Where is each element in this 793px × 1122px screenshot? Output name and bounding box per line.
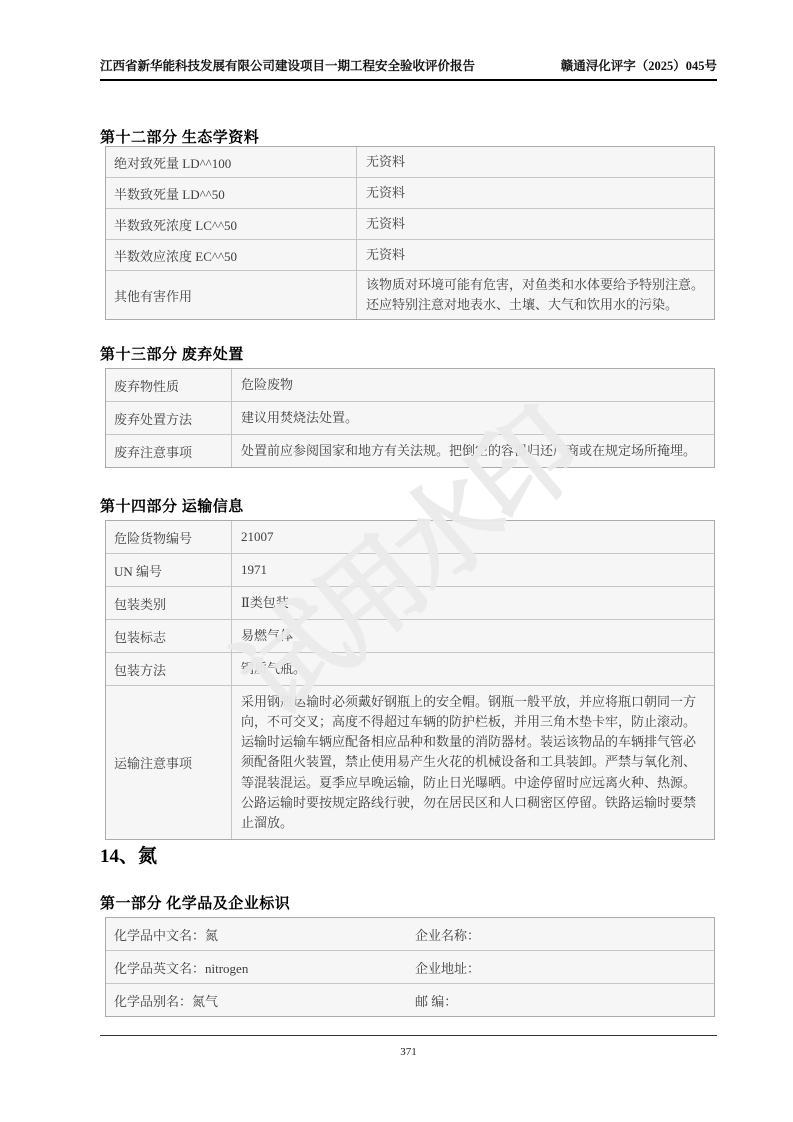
header-rule (100, 79, 717, 81)
enterprise-address-cell: 企业地址： (411, 951, 714, 983)
identification-table: 化学品中文名：氮 企业名称： 化学品英文名：nitrogen 企业地址： 化学品… (105, 917, 715, 1017)
row-value: 易燃气体 (231, 620, 714, 652)
table-row: 半数致死浓度 LC^^50 无资料 (106, 208, 714, 239)
row-label: UN 编号 (106, 554, 231, 586)
table-row: 包装方法 钢质气瓶。 (106, 652, 714, 685)
section-title-part1: 第一部分 化学品及企业标识 (100, 892, 290, 913)
table-row: 废弃处置方法 建议用焚烧法处置。 (106, 401, 714, 434)
section-title-part12: 第十二部分 生态学资料 (100, 126, 259, 147)
row-value: 钢质气瓶。 (231, 653, 714, 685)
row-label: 废弃注意事项 (106, 435, 231, 467)
section-title-part14: 第十四部分 运输信息 (100, 495, 244, 516)
row-value: 该物质对环境可能有危害，对鱼类和水体要给予特别注意。还应特别注意对地表水、土壤、… (356, 271, 714, 319)
table-row: UN 编号 1971 (106, 553, 714, 586)
disposal-table: 废弃物性质 危险废物 废弃处置方法 建议用焚烧法处置。 废弃注意事项 处置前应参… (105, 368, 715, 468)
row-label: 包装标志 (106, 620, 231, 652)
row-label: 废弃物性质 (106, 369, 231, 401)
row-label: 半数效应浓度 EC^^50 (106, 240, 356, 270)
row-value: 无资料 (356, 147, 714, 177)
table-row: 半数致死量 LD^^50 无资料 (106, 177, 714, 208)
row-value: 21007 (231, 521, 714, 553)
table-row: 废弃物性质 危险废物 (106, 369, 714, 401)
page-number: 371 (100, 1046, 717, 1058)
section-title-part13: 第十三部分 废弃处置 (100, 343, 244, 364)
row-value: 建议用焚烧法处置。 (231, 402, 714, 434)
row-value: 处置前应参阅国家和地方有关法规。把倒空的容器归还厂商或在规定场所掩埋。 (231, 435, 714, 467)
row-label: 绝对致死量 LD^^100 (106, 147, 356, 177)
row-label: 包装方法 (106, 653, 231, 685)
header-doc-number: 赣通浔化评字（2025）045号 (561, 56, 717, 74)
row-value: 1971 (231, 554, 714, 586)
row-value: 无资料 (356, 240, 714, 270)
row-label: 废弃处置方法 (106, 402, 231, 434)
english-name-cell: 化学品英文名：nitrogen (106, 951, 411, 983)
footer-rule (100, 1035, 717, 1036)
transport-table: 危险货物编号 21007 UN 编号 1971 包装类别 Ⅱ类包装 包装标志 易… (105, 520, 715, 840)
row-value: 采用钢瓶运输时必须戴好钢瓶上的安全帽。钢瓶一般平放，并应将瓶口朝同一方向，不可交… (231, 686, 714, 839)
table-row: 化学品别名：氮气 邮 编： (106, 983, 714, 1016)
table-row: 包装标志 易燃气体 (106, 619, 714, 652)
chapter-heading: 14、氮 (100, 841, 157, 868)
table-row: 运输注意事项 采用钢瓶运输时必须戴好钢瓶上的安全帽。钢瓶一般平放，并应将瓶口朝同… (106, 685, 714, 839)
row-value: 无资料 (356, 178, 714, 208)
row-label: 包装类别 (106, 587, 231, 619)
row-label: 运输注意事项 (106, 686, 231, 839)
row-value: 危险废物 (231, 369, 714, 401)
page-header: 江西省新华能科技发展有限公司建设项目一期工程安全验收评价报告 赣通浔化评字（20… (100, 56, 717, 74)
row-label: 半数致死浓度 LC^^50 (106, 209, 356, 239)
enterprise-name-cell: 企业名称： (411, 918, 714, 950)
header-report-title: 江西省新华能科技发展有限公司建设项目一期工程安全验收评价报告 (100, 56, 475, 74)
row-label: 其他有害作用 (106, 271, 356, 319)
row-label: 半数致死量 LD^^50 (106, 178, 356, 208)
chinese-name-cell: 化学品中文名：氮 (106, 918, 411, 950)
table-row: 包装类别 Ⅱ类包装 (106, 586, 714, 619)
table-row: 其他有害作用 该物质对环境可能有危害，对鱼类和水体要给予特别注意。还应特别注意对… (106, 270, 714, 319)
table-row: 危险货物编号 21007 (106, 521, 714, 553)
table-row: 化学品英文名：nitrogen 企业地址： (106, 950, 714, 983)
postcode-cell: 邮 编： (411, 984, 714, 1016)
table-row: 化学品中文名：氮 企业名称： (106, 918, 714, 950)
table-row: 绝对致死量 LD^^100 无资料 (106, 147, 714, 177)
row-value: Ⅱ类包装 (231, 587, 714, 619)
row-value: 无资料 (356, 209, 714, 239)
table-row: 半数效应浓度 EC^^50 无资料 (106, 239, 714, 270)
eco-data-table: 绝对致死量 LD^^100 无资料 半数致死量 LD^^50 无资料 半数致死浓… (105, 146, 715, 320)
report-page: 江西省新华能科技发展有限公司建设项目一期工程安全验收评价报告 赣通浔化评字（20… (0, 0, 793, 1122)
alias-name-cell: 化学品别名：氮气 (106, 984, 411, 1016)
row-label: 危险货物编号 (106, 521, 231, 553)
table-row: 废弃注意事项 处置前应参阅国家和地方有关法规。把倒空的容器归还厂商或在规定场所掩… (106, 434, 714, 467)
